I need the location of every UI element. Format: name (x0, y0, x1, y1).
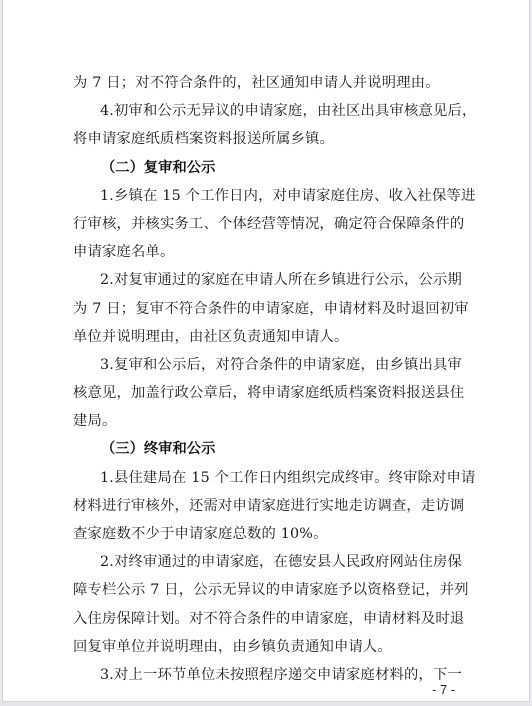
paragraph-line: 1.乡镇在 15 个工作日内，对申请家庭住房、收入社保等进 (73, 182, 455, 210)
paragraph-line: 查家庭数不少于申请家庭总数的 10%。 (73, 520, 455, 548)
paragraph-line: 3.对上一环节单位未按照程序递交申请家庭材料的，下一 (73, 661, 455, 689)
paragraph-line: 材料进行审核外，还需对申请家庭进行实地走访调查，走访调 (73, 492, 455, 520)
paragraph-line: 为 7 日；复审不符合条件的申请家庭，申请材料及时退回初审 (73, 295, 455, 323)
paragraph-line: 2.对终审通过的申请家庭，在德安县人民政府网站住房保 (73, 548, 455, 576)
paragraph-line: 1.县住建局在 15 个工作日内组织完成终审。终审除对申请 (73, 464, 455, 492)
paragraph-line: 2.对复审通过的家庭在申请人所在乡镇进行公示，公示期 (73, 266, 455, 294)
paragraph-line: 建局。 (73, 407, 455, 435)
paragraph-line: 4.初审和公示无异议的申请家庭，由社区出具审核意见后， (73, 97, 455, 125)
document-page: 为 7 日；对不符合条件的，社区通知申请人并说明理由。 4.初审和公示无异议的申… (2, 0, 530, 702)
section-heading-final-review: （三）终审和公示 (73, 435, 455, 463)
paragraph-line: 回复审单位并说明理由，由乡镇负责通知申请人。 (73, 633, 455, 661)
viewer-bottom-edge (0, 702, 532, 706)
paragraph-line: 核意见，加盖行政公章后，将申请家庭纸质档案资料报送县住 (73, 379, 455, 407)
page-number: - 7 - (432, 682, 455, 697)
paragraph-line: 障专栏公示 7 日，公示无异议的申请家庭予以资格登记，并列 (73, 576, 455, 604)
paragraph-line: 行审核，并核实务工、个体经营等情况，确定符合保障条件的 (73, 210, 455, 238)
paragraph-line: 为 7 日；对不符合条件的，社区通知申请人并说明理由。 (73, 69, 455, 97)
paragraph-line: 将申请家庭纸质档案资料报送所属乡镇。 (73, 125, 455, 153)
section-heading-review: （二）复审和公示 (73, 154, 455, 182)
paragraph-line: 单位并说明理由，由社区负责通知申请人。 (73, 323, 455, 351)
paragraph-line: 申请家庭名单。 (73, 238, 455, 266)
document-body: 为 7 日；对不符合条件的，社区通知申请人并说明理由。 4.初审和公示无异议的申… (73, 69, 455, 689)
paragraph-line: 3.复审和公示后，对符合条件的申请家庭，由乡镇出具审 (73, 351, 455, 379)
paragraph-line: 入住房保障计划。对不符合条件的申请家庭，申请材料及时退 (73, 605, 455, 633)
